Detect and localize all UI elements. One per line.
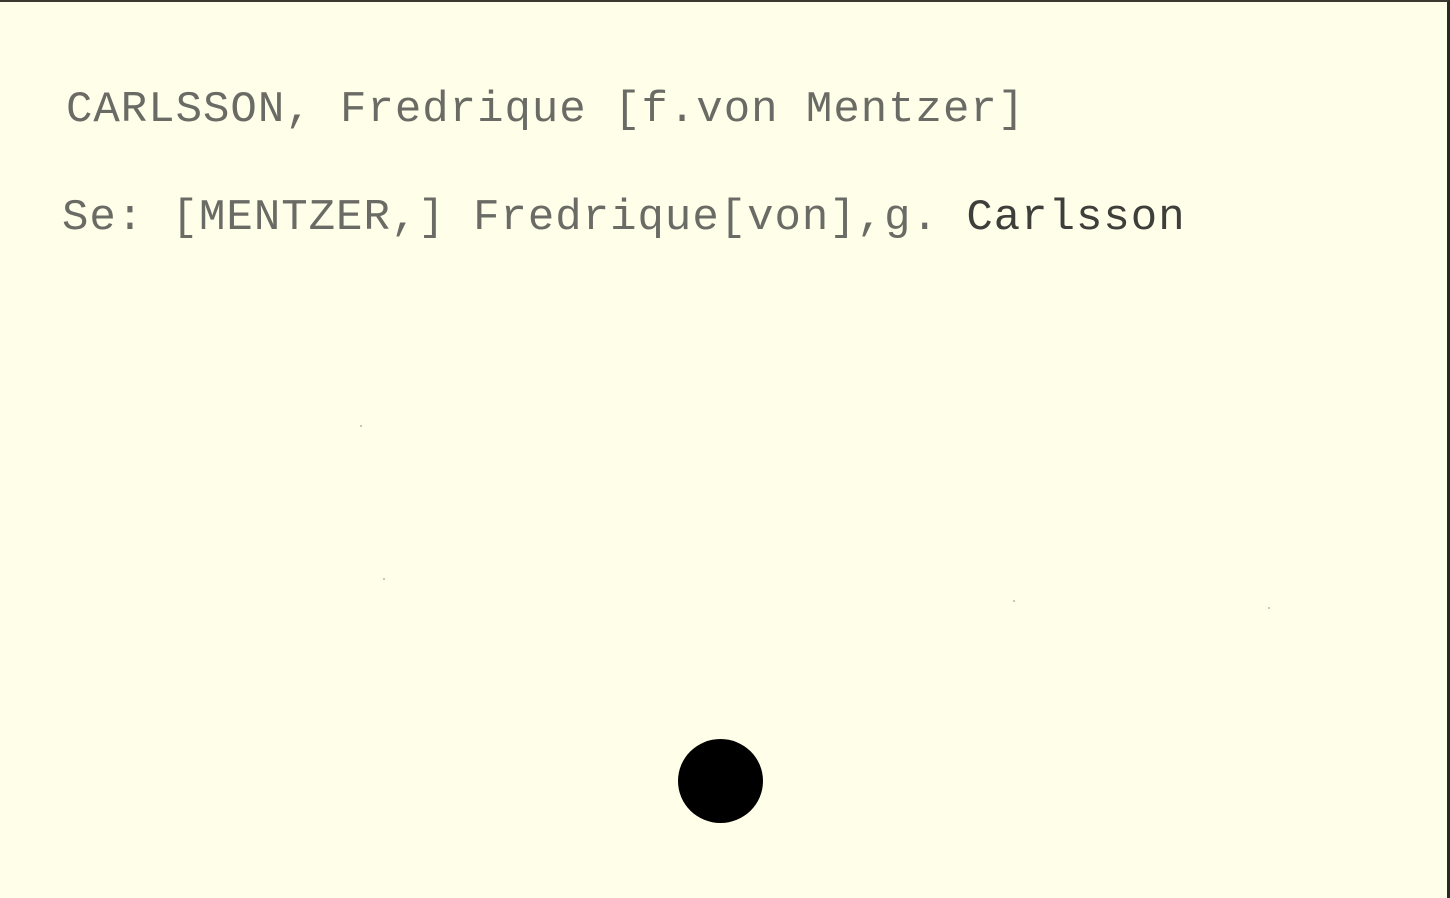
paper-speck [1268,607,1270,609]
see-prefix: Se: [62,193,144,243]
see-particle: [von], [720,193,884,243]
see-given-name: Fredrique [473,193,720,243]
heading-surname: CARLSSON, [66,85,313,135]
paper-speck [1013,600,1015,602]
see-married-name: Carlsson [966,193,1185,243]
heading-given-name: Fredrique [340,85,587,135]
punch-hole [678,739,763,823]
heading-line: CARLSSON, Fredrique [f.von Mentzer] [66,82,1025,138]
heading-note: [f.von Mentzer] [614,85,1025,135]
see-surname: [MENTZER,] [172,193,446,243]
paper-speck [360,425,362,427]
catalog-card: CARLSSON, Fredrique [f.von Mentzer] Se: … [0,0,1450,898]
see-married-abbrev: g. [884,193,939,243]
paper-speck [383,578,385,580]
see-reference-line: Se: [MENTZER,] Fredrique[von],g. Carlsso… [62,190,1186,246]
